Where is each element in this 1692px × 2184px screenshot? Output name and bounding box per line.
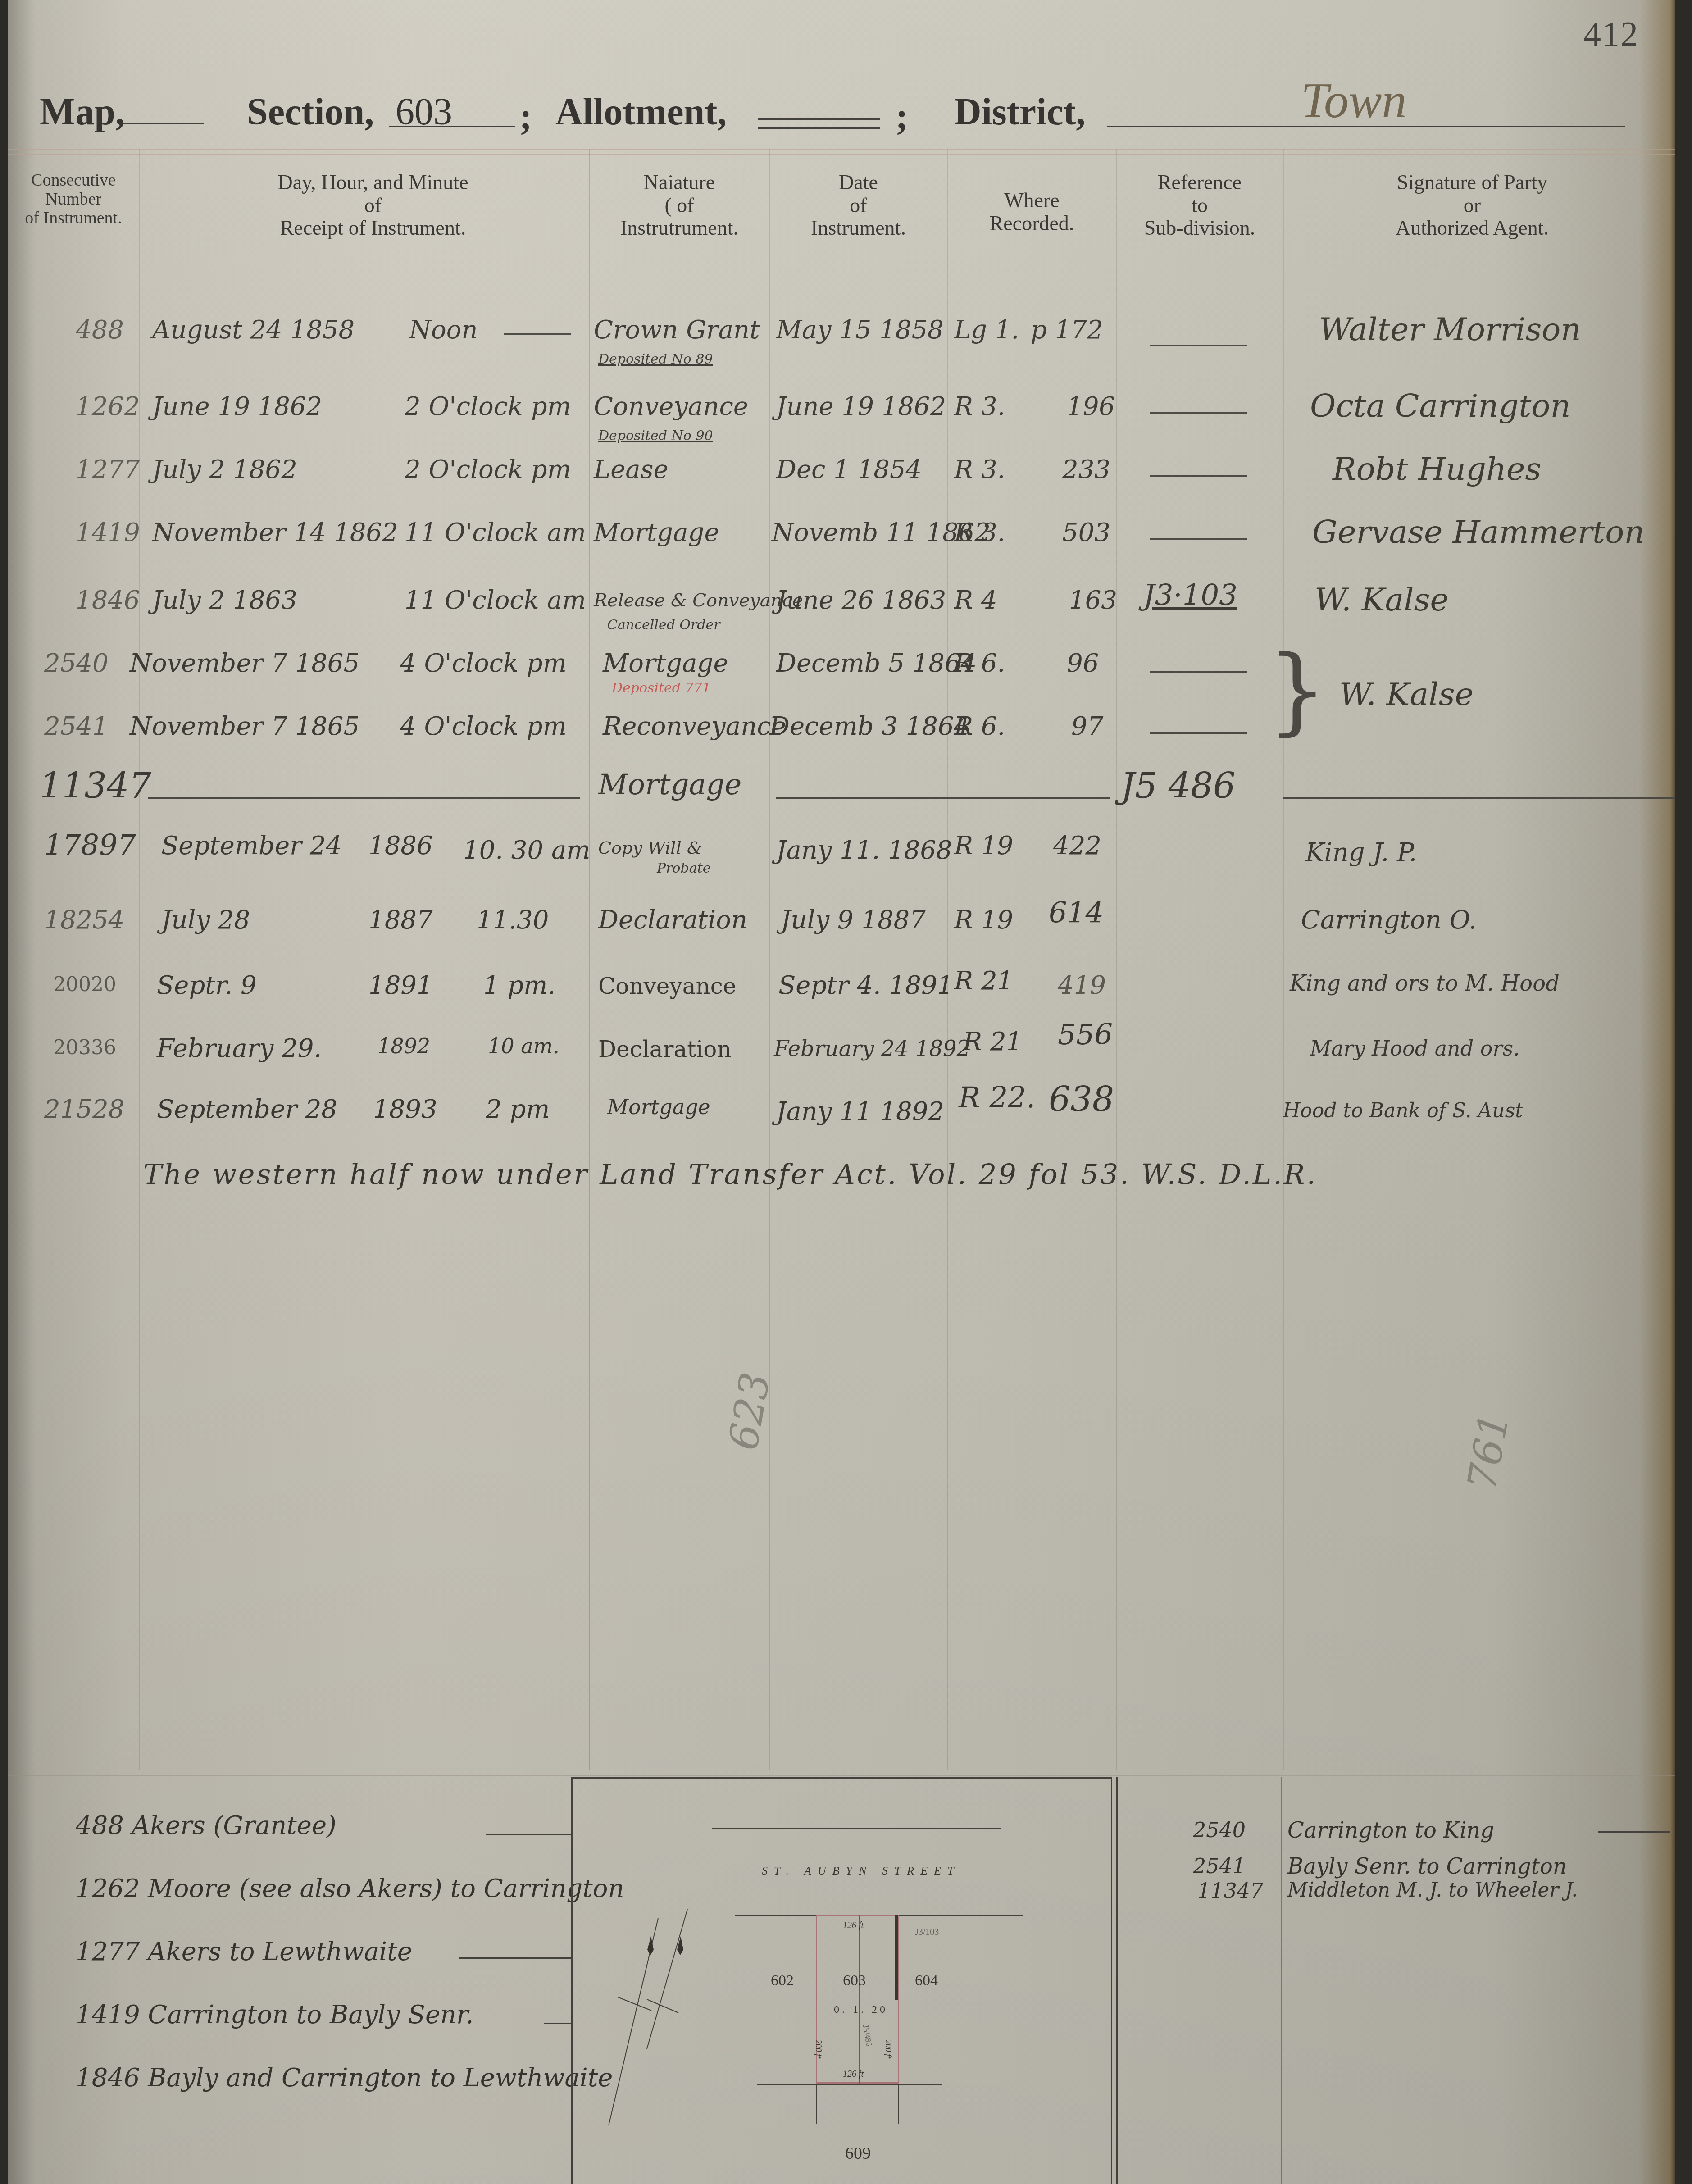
rear-line (757, 2084, 942, 2085)
section-underline (389, 126, 515, 127)
entry-nature: Reconveyance (603, 712, 786, 741)
entry-page: p 172 (1031, 315, 1103, 345)
divider-line (148, 797, 580, 799)
divider-reference: J5 486 (1121, 766, 1236, 806)
transfer-act-note: The western half now under Land Transfer… (143, 1158, 1317, 1191)
entry-signature: Octa Carrington (1310, 387, 1571, 424)
lot-area: 0. 1. 20 (834, 2004, 888, 2016)
index-text: Middleton M. J. to Wheeler J. (1287, 1879, 1578, 1902)
entry-year: 1887 (368, 905, 433, 935)
entry-signature: Carrington O. (1301, 905, 1477, 935)
divider-line (776, 797, 1110, 799)
entry-page: 638 (1049, 1079, 1114, 1119)
entry-hour: 11.30 (477, 905, 549, 935)
north-arrow-icon (591, 1900, 708, 2134)
entry-number: 2541 (44, 712, 109, 741)
entry-page: 233 (1062, 455, 1110, 484)
column-divider (769, 149, 770, 1770)
entry-day: November 7 1865 (130, 712, 359, 741)
map-underline (123, 123, 204, 124)
entry-number: 1419 (76, 518, 140, 547)
entry-day: September 28 (157, 1095, 337, 1124)
entry-number: 20336 (53, 1036, 116, 1059)
entry-signature: W. Kalse (1314, 581, 1449, 618)
entry-recorded: R 3. (954, 518, 1005, 547)
street-label: ST. AUBYN STREET (762, 1864, 960, 1878)
entry-day: November 14 1862 (152, 518, 398, 547)
entry-day: July 2 1862 (152, 455, 297, 484)
entry-day: February 29. (157, 1034, 322, 1063)
entry-nature-note: Deposited No 90 (598, 428, 713, 444)
entry-nature: Release & Conveyance (594, 590, 803, 611)
entry-date: February 24 1892 (774, 1036, 970, 1061)
entry-hour: 2 pm (486, 1095, 550, 1124)
rear-line-right (898, 2084, 899, 2124)
map-label: Map, (40, 90, 125, 134)
divider-nature: Mortgage (598, 768, 741, 801)
ref-annotation: J3/103 (915, 1927, 939, 1938)
entry-year: 1892 (378, 1034, 430, 1058)
entry-recorded: R 6. (954, 649, 1005, 678)
site-plan: ST. AUBYN STREET 602 603 604 609 0. 1. 2… (571, 1777, 1112, 2184)
header-consecutive-number: ConsecutiveNumberof Instrument. (8, 171, 139, 227)
divider-line (1283, 797, 1675, 799)
entry-number: 20020 (53, 973, 116, 996)
header-date: DateofInstrument. (769, 171, 947, 240)
entry-reference: J3·103 (1143, 579, 1237, 612)
dash (544, 2023, 573, 2024)
entry-signature: Walter Morrison (1319, 311, 1581, 348)
entry-number: 488 (76, 315, 124, 345)
entry-hour: 2 O'clock pm (405, 455, 571, 484)
entry-signature: Robt Hughes (1333, 450, 1541, 487)
entry-nature: Mortgage (603, 649, 728, 678)
entry-number: 2540 (44, 649, 109, 678)
header-day-hour-minute: Day, Hour, and MinuteofReceipt of Instru… (197, 171, 549, 240)
index-text: Carrington to King (1287, 1818, 1494, 1843)
entry-day: June 19 1862 (152, 392, 322, 421)
entry-hour: 4 O'clock pm (400, 712, 567, 741)
entry-recorded: R 21 (963, 1027, 1022, 1056)
entry-recorded: R 3. (954, 392, 1005, 421)
entry-recorded: R 6. (954, 712, 1005, 741)
pencil-mark: 761 (1458, 1410, 1518, 1494)
lot-label: 609 (845, 2143, 871, 2163)
header-rule (8, 149, 1675, 150)
entry-nature: Mortgage (607, 1095, 710, 1119)
index-line: 1262 Moore (see also Akers) to Carringto… (76, 1874, 624, 1903)
entry-number: 21528 (44, 1095, 124, 1124)
entry-day: July 2 1863 (152, 586, 297, 615)
entry-hour: 11 O'clock am (405, 586, 586, 615)
entry-nature: Lease (594, 455, 669, 484)
entry-page: 422 (1053, 831, 1101, 860)
reference-dash (1150, 671, 1247, 673)
red-margin-line (1281, 1777, 1282, 2184)
entry-signature-shared: W. Kalse (1339, 676, 1474, 713)
entry-page: 556 (1058, 1018, 1113, 1051)
reference-dash (1150, 412, 1247, 414)
entry-number: 18254 (44, 905, 124, 935)
entry-nature-note: Probate (657, 860, 711, 876)
header-nature: Naiature( ofInstrutrument. (589, 171, 769, 240)
entry-page: 614 (1049, 896, 1104, 930)
entry-date: Jany 11 1892 (776, 1097, 944, 1126)
header-reference: ReferencetoSub-division. (1116, 171, 1283, 240)
entry-nature: Copy Will & (598, 838, 702, 858)
allotment-line-1 (758, 118, 880, 120)
entry-date: July 9 1887 (781, 905, 926, 935)
column-divider (589, 149, 590, 1770)
entry-hour: 10 am. (488, 1034, 559, 1058)
column-divider (1116, 149, 1117, 1770)
entry-nature: Declaration (598, 905, 747, 935)
entry-nature-note: Cancelled Order (607, 617, 720, 633)
lot-603-boundary-mark (895, 1915, 898, 2000)
index-line: 1419 Carrington to Bayly Senr. (76, 2000, 474, 2029)
header-signature: Signature of PartyorAuthorized Agent. (1314, 171, 1630, 240)
bottom-rule (8, 1775, 1675, 1776)
rear-line-left (816, 2084, 817, 2124)
index-line: 1277 Akers to Lewthwaite (76, 1937, 412, 1966)
entry-date: June 19 1862 (776, 392, 946, 421)
column-divider (947, 149, 948, 1770)
semicolon: ; (896, 95, 908, 138)
entry-day: September 24 (161, 831, 342, 860)
entry-page: 419 (1058, 971, 1106, 1000)
entry-date: Jany 11. 1868 (776, 836, 952, 865)
entry-year: 1891 (368, 971, 433, 1000)
index-line: 488 Akers (Grantee) (76, 1811, 337, 1840)
entry-signature: Hood to Bank of S. Aust (1283, 1099, 1523, 1122)
index-line: 1846 Bayly and Carrington to Lewthwaite (76, 2063, 613, 2093)
entry-signature: Gervase Hammerton (1312, 514, 1644, 551)
reference-dash (1150, 345, 1247, 346)
dimension: 126 ft (843, 2069, 864, 2079)
lot-label: 603 (843, 1972, 866, 1989)
entry-date: Decemb 3 1864 (769, 712, 970, 741)
entry-recorded: R 4 (954, 586, 997, 615)
entry-page: 96 (1067, 649, 1099, 678)
column-divider (1116, 1777, 1118, 2184)
entry-page: 196 (1067, 392, 1115, 421)
entry-recorded: R 19 (954, 831, 1013, 860)
lot-603-halfline (859, 1915, 860, 2084)
entry-nature: Conveyance (598, 973, 736, 999)
index-number: 11347 (1197, 1879, 1263, 1903)
entry-nature: Crown Grant (594, 315, 760, 345)
entry-deposited-note: Deposited 771 (612, 680, 711, 696)
entry-day: November 7 1865 (130, 649, 359, 678)
dash (459, 1957, 573, 1959)
entry-number: 1277 (76, 455, 140, 484)
header-where-recorded: WhereRecorded. (947, 189, 1116, 235)
district-label: District, (954, 90, 1086, 134)
entry-signature: King J. P. (1305, 838, 1417, 867)
entry-hour: 2 O'clock pm (405, 392, 571, 421)
entry-nature-note: Deposited No 89 (598, 351, 713, 367)
allotment-line-2 (758, 127, 880, 129)
entry-page: 163 (1069, 586, 1117, 615)
entry-recorded: Lg 1. (954, 315, 1019, 345)
entry-number: 1262 (76, 392, 140, 421)
entry-date: June 26 1863 (776, 586, 946, 615)
divider-number: 11347 (40, 766, 151, 806)
column-divider (1283, 149, 1284, 1770)
entry-number: 1846 (76, 586, 140, 615)
brace: } (1267, 635, 1328, 746)
entry-recorded: R 3. (954, 455, 1005, 484)
dimension: 200 ft (814, 2040, 823, 2059)
street-line-top (712, 1828, 1001, 1829)
entry-page: 503 (1062, 518, 1110, 547)
reference-dash (1150, 475, 1247, 477)
entry-date: Decemb 5 1864 (776, 649, 977, 678)
title-row: Map, Section, 603 ; Allotment, ; Distric… (8, 81, 1675, 144)
entry-year: 1893 (373, 1095, 437, 1124)
entry-signature: Mary Hood and ors. (1310, 1036, 1520, 1060)
dash (504, 333, 571, 335)
entry-date: Septr 4. 1891 (778, 971, 953, 1000)
lot-label: 602 (771, 1972, 794, 1989)
entry-year: 1886 (368, 831, 433, 860)
district-underline (1107, 126, 1625, 127)
entry-day: August 24 1858 (152, 315, 355, 345)
entry-nature: Mortgage (594, 518, 719, 547)
dimension: 126 ft (843, 1920, 864, 1931)
semicolon: ; (519, 95, 532, 138)
index-number: 2540 (1193, 1818, 1246, 1842)
index-text: Bayly Senr. to Carrington (1287, 1854, 1567, 1879)
allotment-label: Allotment, (555, 90, 727, 134)
dimension: 200 ft (883, 2040, 893, 2059)
entry-recorded: R 19 (954, 905, 1013, 935)
section-label: Section, (247, 90, 374, 134)
district-value: Town (1301, 72, 1406, 129)
index-number: 2541 (1193, 1854, 1246, 1878)
entry-page: 97 (1071, 712, 1103, 741)
pencil-mark: 623 (719, 1369, 779, 1453)
entry-hour: 10. 30 am (463, 836, 590, 865)
entry-hour: Noon (409, 315, 478, 345)
entry-recorded: R 21 (954, 966, 1013, 996)
entry-nature: Conveyance (594, 392, 748, 421)
reference-dash (1150, 732, 1247, 734)
register-page: 412 Map, Section, 603 ; Allotment, ; Dis… (8, 0, 1675, 2184)
entry-signature: King and ors to M. Hood (1290, 971, 1560, 996)
entry-day: July 28 (161, 905, 250, 935)
entry-hour: 1 pm. (483, 971, 555, 1000)
dash (1598, 1831, 1670, 1833)
dash (486, 1834, 573, 1835)
entry-hour: 4 O'clock pm (400, 649, 567, 678)
entry-day: Septr. 9 (157, 971, 257, 1000)
lot-label: 604 (915, 1972, 938, 1989)
page-number: 412 (1583, 14, 1639, 54)
entry-number: 17897 (44, 829, 136, 862)
entry-hour: 11 O'clock am (405, 518, 586, 547)
entry-recorded: R 22. (959, 1081, 1035, 1115)
entry-date: May 15 1858 (776, 315, 944, 345)
header-rule (8, 154, 1675, 155)
reference-dash (1150, 538, 1247, 540)
entry-nature: Declaration (598, 1036, 732, 1062)
entry-date: Dec 1 1854 (776, 455, 922, 484)
